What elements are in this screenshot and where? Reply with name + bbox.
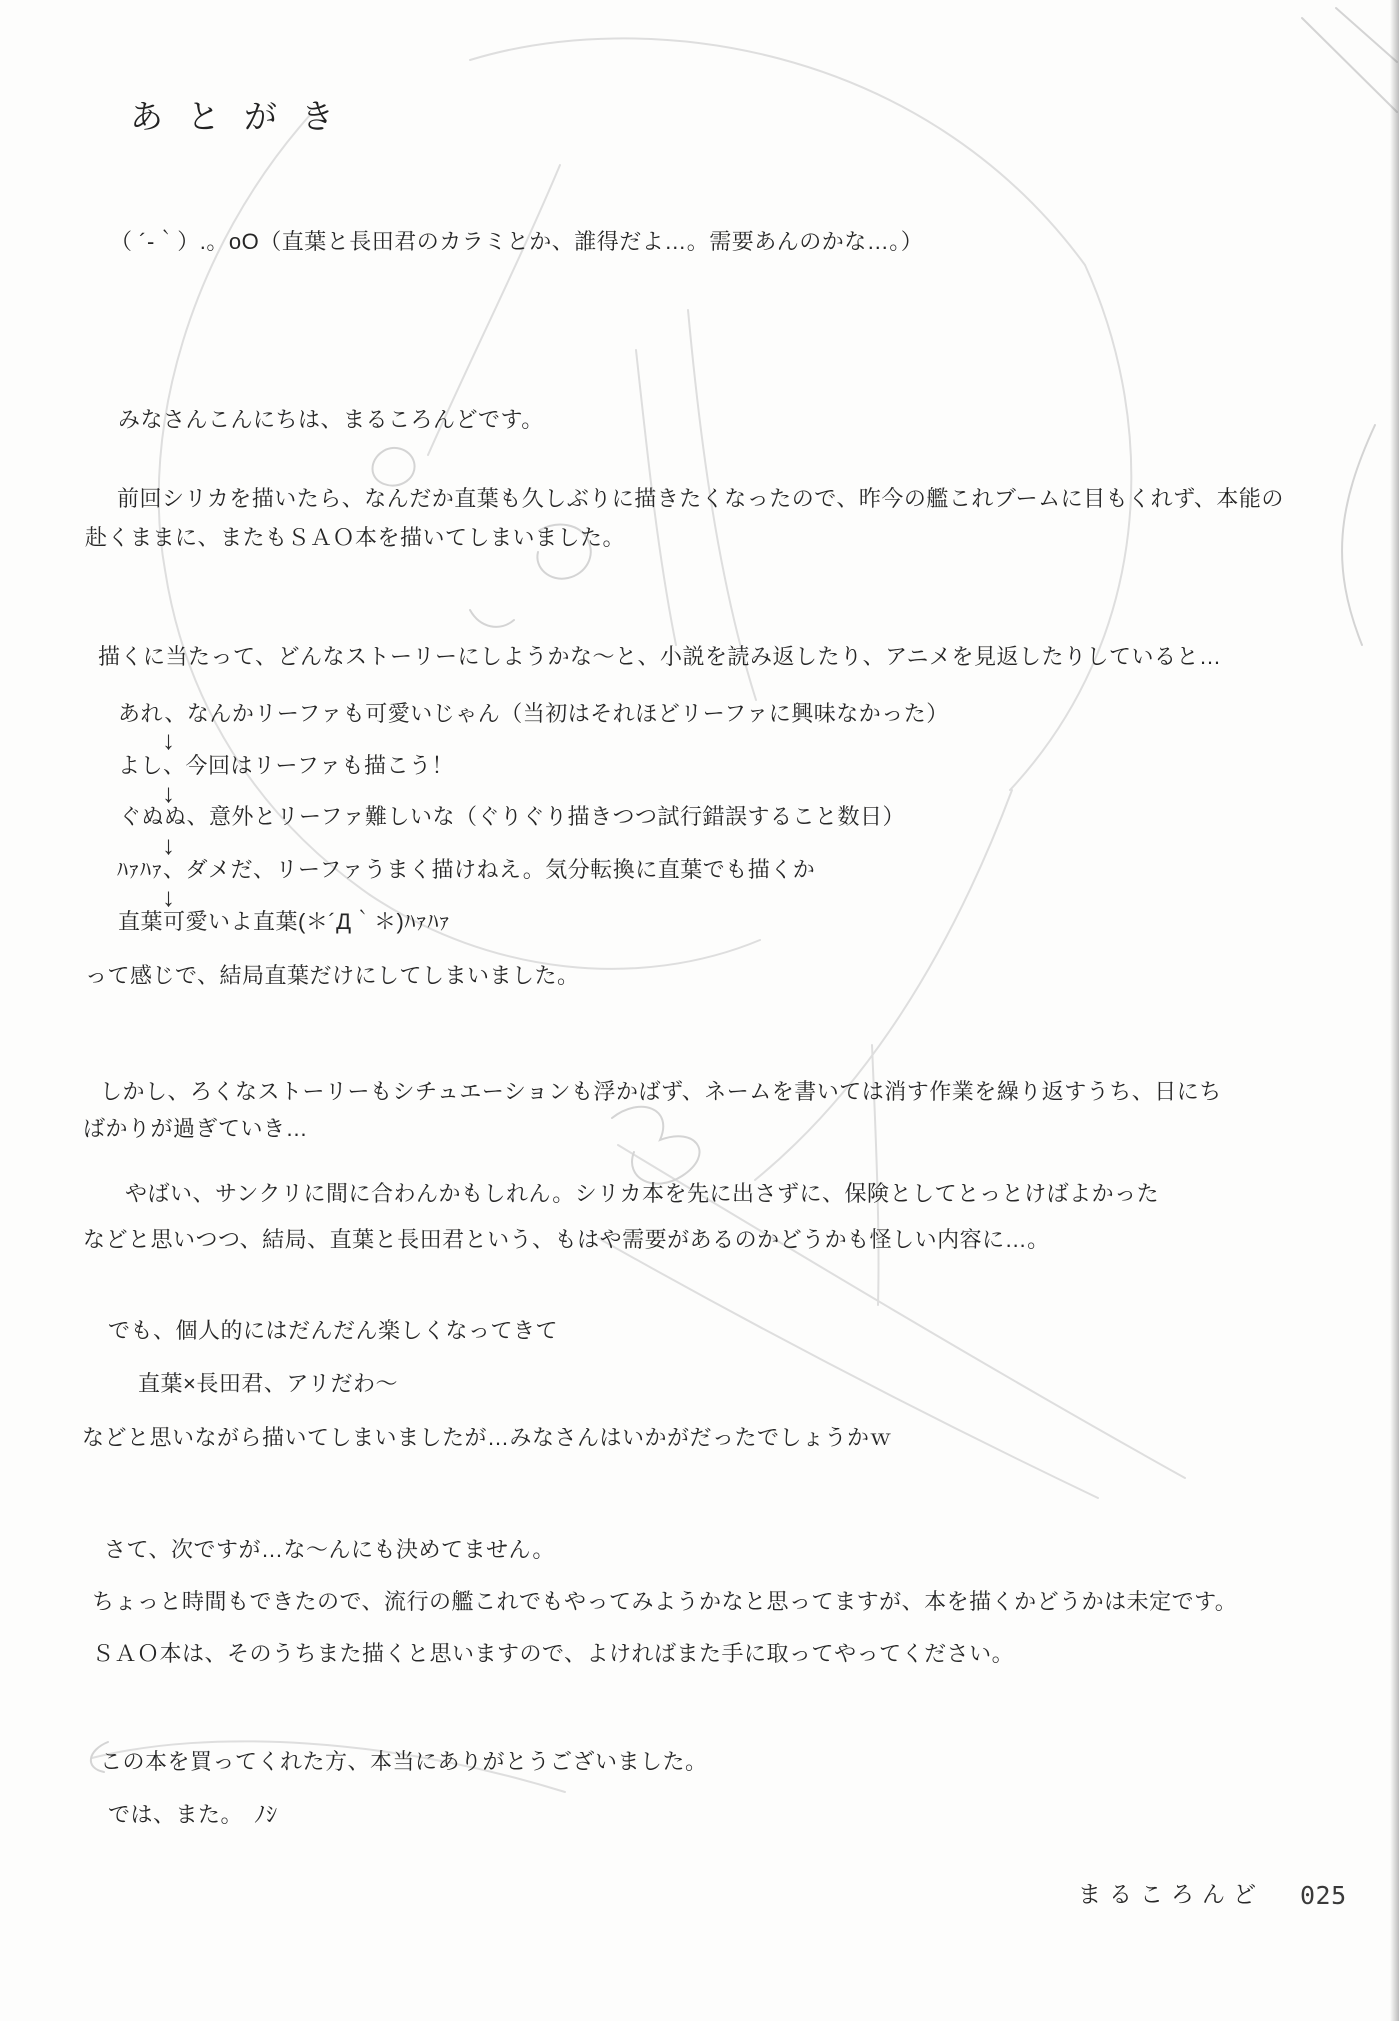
next-plans-line-3: ＳＡＯ本は、そのうちまた描くと思いますので、よければまた手に取ってやってください… [92, 1640, 1014, 1669]
process-step-1: あれ、なんかリーファも可愛いじゃん（当初はそれほどリーファに興味なかった） [118, 700, 949, 729]
pencil-sketch-background [0, 0, 1399, 2021]
process-step-5: 直葉可愛いよ直葉(＊´Д｀＊)ﾊｧﾊｧ [118, 908, 450, 937]
scan-edge-shadow [1390, 0, 1399, 2021]
struggle-paragraph-line-1: しかし、ろくなストーリーもシチュエーションも浮かばず、ネームを書いては消す作業を… [100, 1078, 1222, 1107]
process-step-4: ﾊｧﾊｧ、ダメだ、リーファうまく描けねえ。気分転換に直葉でも描くか [117, 856, 815, 885]
deadline-worry-line: やばい、サンクリに間に合わんかもしれん。シリカ本を先に出さずに、保険としてとっと… [125, 1180, 1159, 1209]
struggle-paragraph-line-2: ばかりが過ぎていき… [83, 1115, 308, 1144]
intro-paragraph-line-1: 前回シリカを描いたら、なんだか直葉も久しぶりに描きたくなったので、昨今の艦これブ… [117, 485, 1284, 514]
fun-line-3: などと思いながら描いてしまいましたが…みなさんはいかがだったでしょうかｗ [82, 1424, 892, 1453]
doubtful-content-line: などと思いつつ、結局、直葉と長田君という、もはや需要があるのかどうかも怪しい内容… [83, 1226, 1050, 1255]
afterword-page: あとがき （ ´-｀）.。oO（直葉と長田君のカラミとか、誰得だよ…。需要あんの… [0, 0, 1399, 2021]
goodbye-line: では、また。 ﾉｼ [108, 1801, 278, 1830]
fun-line-1: でも、個人的にはだんだん楽しくなってきて [108, 1317, 558, 1346]
next-plans-line-1: さて、次ですが…な～んにも決めてません。 [104, 1536, 555, 1565]
page-title: あとがき [130, 96, 358, 139]
fun-line-2: 直葉×長田君、アリだわ～ [138, 1370, 398, 1399]
next-plans-line-2: ちょっと時間もできたので、流行の艦これでもやってみようかなと思ってますが、本を描… [92, 1588, 1237, 1617]
circle-credit: まるころんど [1078, 1880, 1264, 1910]
process-lead-line: 描くに当たって、どんなストーリーにしようかな～と、小説を読み返したり、アニメを見… [98, 643, 1221, 672]
process-conclusion-line: って感じで、結局直葉だけにしてしまいました。 [85, 962, 580, 991]
process-step-3: ぐぬぬ、意外とリーファ難しいな（ぐりぐり描きつつ試行錯誤すること数日） [119, 803, 905, 832]
thought-bubble-line: （ ´-｀）.。oO（直葉と長田君のカラミとか、誰得だよ…。需要あんのかな…。） [110, 228, 923, 257]
greeting-line: みなさんこんにちは、まるころんどです。 [118, 406, 544, 435]
intro-paragraph-line-2: 赴くままに、またもＳＡＯ本を描いてしまいました。 [85, 524, 625, 553]
page-number: 025 [1300, 1880, 1347, 1913]
thanks-line: この本を買ってくれた方、本当にありがとうございました。 [100, 1748, 708, 1777]
